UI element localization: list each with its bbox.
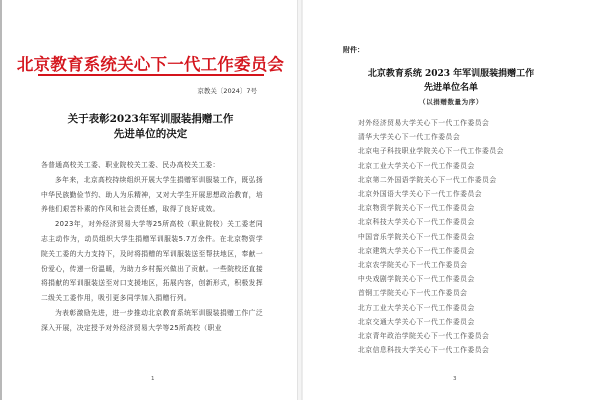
- body-paragraph-3: 为表彰激励先进，进一步推动北京教育系统军训服装捐赠工作广泛深入开展，决定授予对外…: [41, 306, 263, 336]
- list-item: 对外经济贸易大学关心下一代工作委员会: [358, 116, 504, 130]
- salutation: 各普通高校关工委、职业院校关工委、民办高校关工委：: [41, 158, 263, 173]
- document-page-3: 附件： 北京教育系统 2023 年军训服装捐赠工作 先进单位名单 （以捐赠数量为…: [302, 0, 598, 400]
- list-title: 北京教育系统 2023 年军训服装捐赠工作 先进单位名单: [303, 67, 599, 95]
- masthead-red-rule: [38, 74, 264, 76]
- list-item: 北京交通大学关心下一代工作委员会: [358, 315, 504, 329]
- list-item: 北京青年政治学院关心下一代工作委员会: [358, 329, 504, 343]
- list-item: 北京工业大学关心下一代工作委员会: [358, 159, 504, 173]
- list-subtitle: （以捐赠数量为序）: [303, 97, 599, 106]
- list-title-line-2: 先进单位名单: [303, 81, 599, 95]
- list-item: 北京外国语大学关心下一代工作委员会: [358, 187, 504, 201]
- advanced-units-list: 对外经济贸易大学关心下一代工作委员会 清华大学关心下一代工作委员会 北京电子科技…: [358, 116, 504, 357]
- list-item: 中央戏剧学院关心下一代工作委员会: [358, 272, 504, 286]
- page-number: 3: [453, 376, 457, 382]
- attachment-label: 附件：: [343, 45, 364, 55]
- list-item: 北京农学院关心下一代工作委员会: [358, 258, 504, 272]
- list-item: 北京电子科技职业学院关心下一代工作委员会: [358, 144, 504, 158]
- list-item: 北京科技大学关心下一代工作委员会: [358, 215, 504, 229]
- page-number: 1: [151, 376, 155, 382]
- document-title-line-2: 先进单位的决定: [2, 127, 299, 142]
- list-item: 北京第二外国语学院关心下一代工作委员会: [358, 173, 504, 187]
- masthead-title: 北京教育系统关心下一代工作委员会: [2, 51, 299, 75]
- list-title-line-1: 北京教育系统 2023 年军训服装捐赠工作: [303, 67, 599, 81]
- list-item: 首钢工学院关心下一代工作委员会: [358, 286, 504, 300]
- document-title: 关于表彰2023年军训服装捐赠工作 先进单位的决定: [2, 112, 299, 142]
- body-paragraph-1: 多年来，北京高校持续组织开展大学生捐赠军训服装工作，既弘扬中华民族勤俭节约、助人…: [41, 173, 263, 217]
- list-item: 清华大学关心下一代工作委员会: [358, 130, 504, 144]
- body-paragraph-2: 2023年，对外经济贸易大学等25所高校（职业院校）关工委老同志主动作为，动员组…: [41, 217, 263, 306]
- list-item: 中国音乐学院关心下一代工作委员会: [358, 230, 504, 244]
- list-item: 北京建筑大学关心下一代工作委员会: [358, 244, 504, 258]
- document-body: 各普通高校关工委、职业院校关工委、民办高校关工委： 多年来，北京高校持续组织开展…: [41, 158, 263, 336]
- document-number: 京教关〔2024〕7号: [197, 86, 257, 95]
- list-item: 北京物资学院关心下一代工作委员会: [358, 201, 504, 215]
- document-title-line-1: 关于表彰2023年军训服装捐赠工作: [2, 112, 299, 127]
- document-page-1: 北京教育系统关心下一代工作委员会 京教关〔2024〕7号 关于表彰2023年军训…: [0, 0, 297, 400]
- list-item: 北方工业大学关心下一代工作委员会: [358, 301, 504, 315]
- list-item: 北京信息科技大学关心下一代工作委员会: [358, 343, 504, 357]
